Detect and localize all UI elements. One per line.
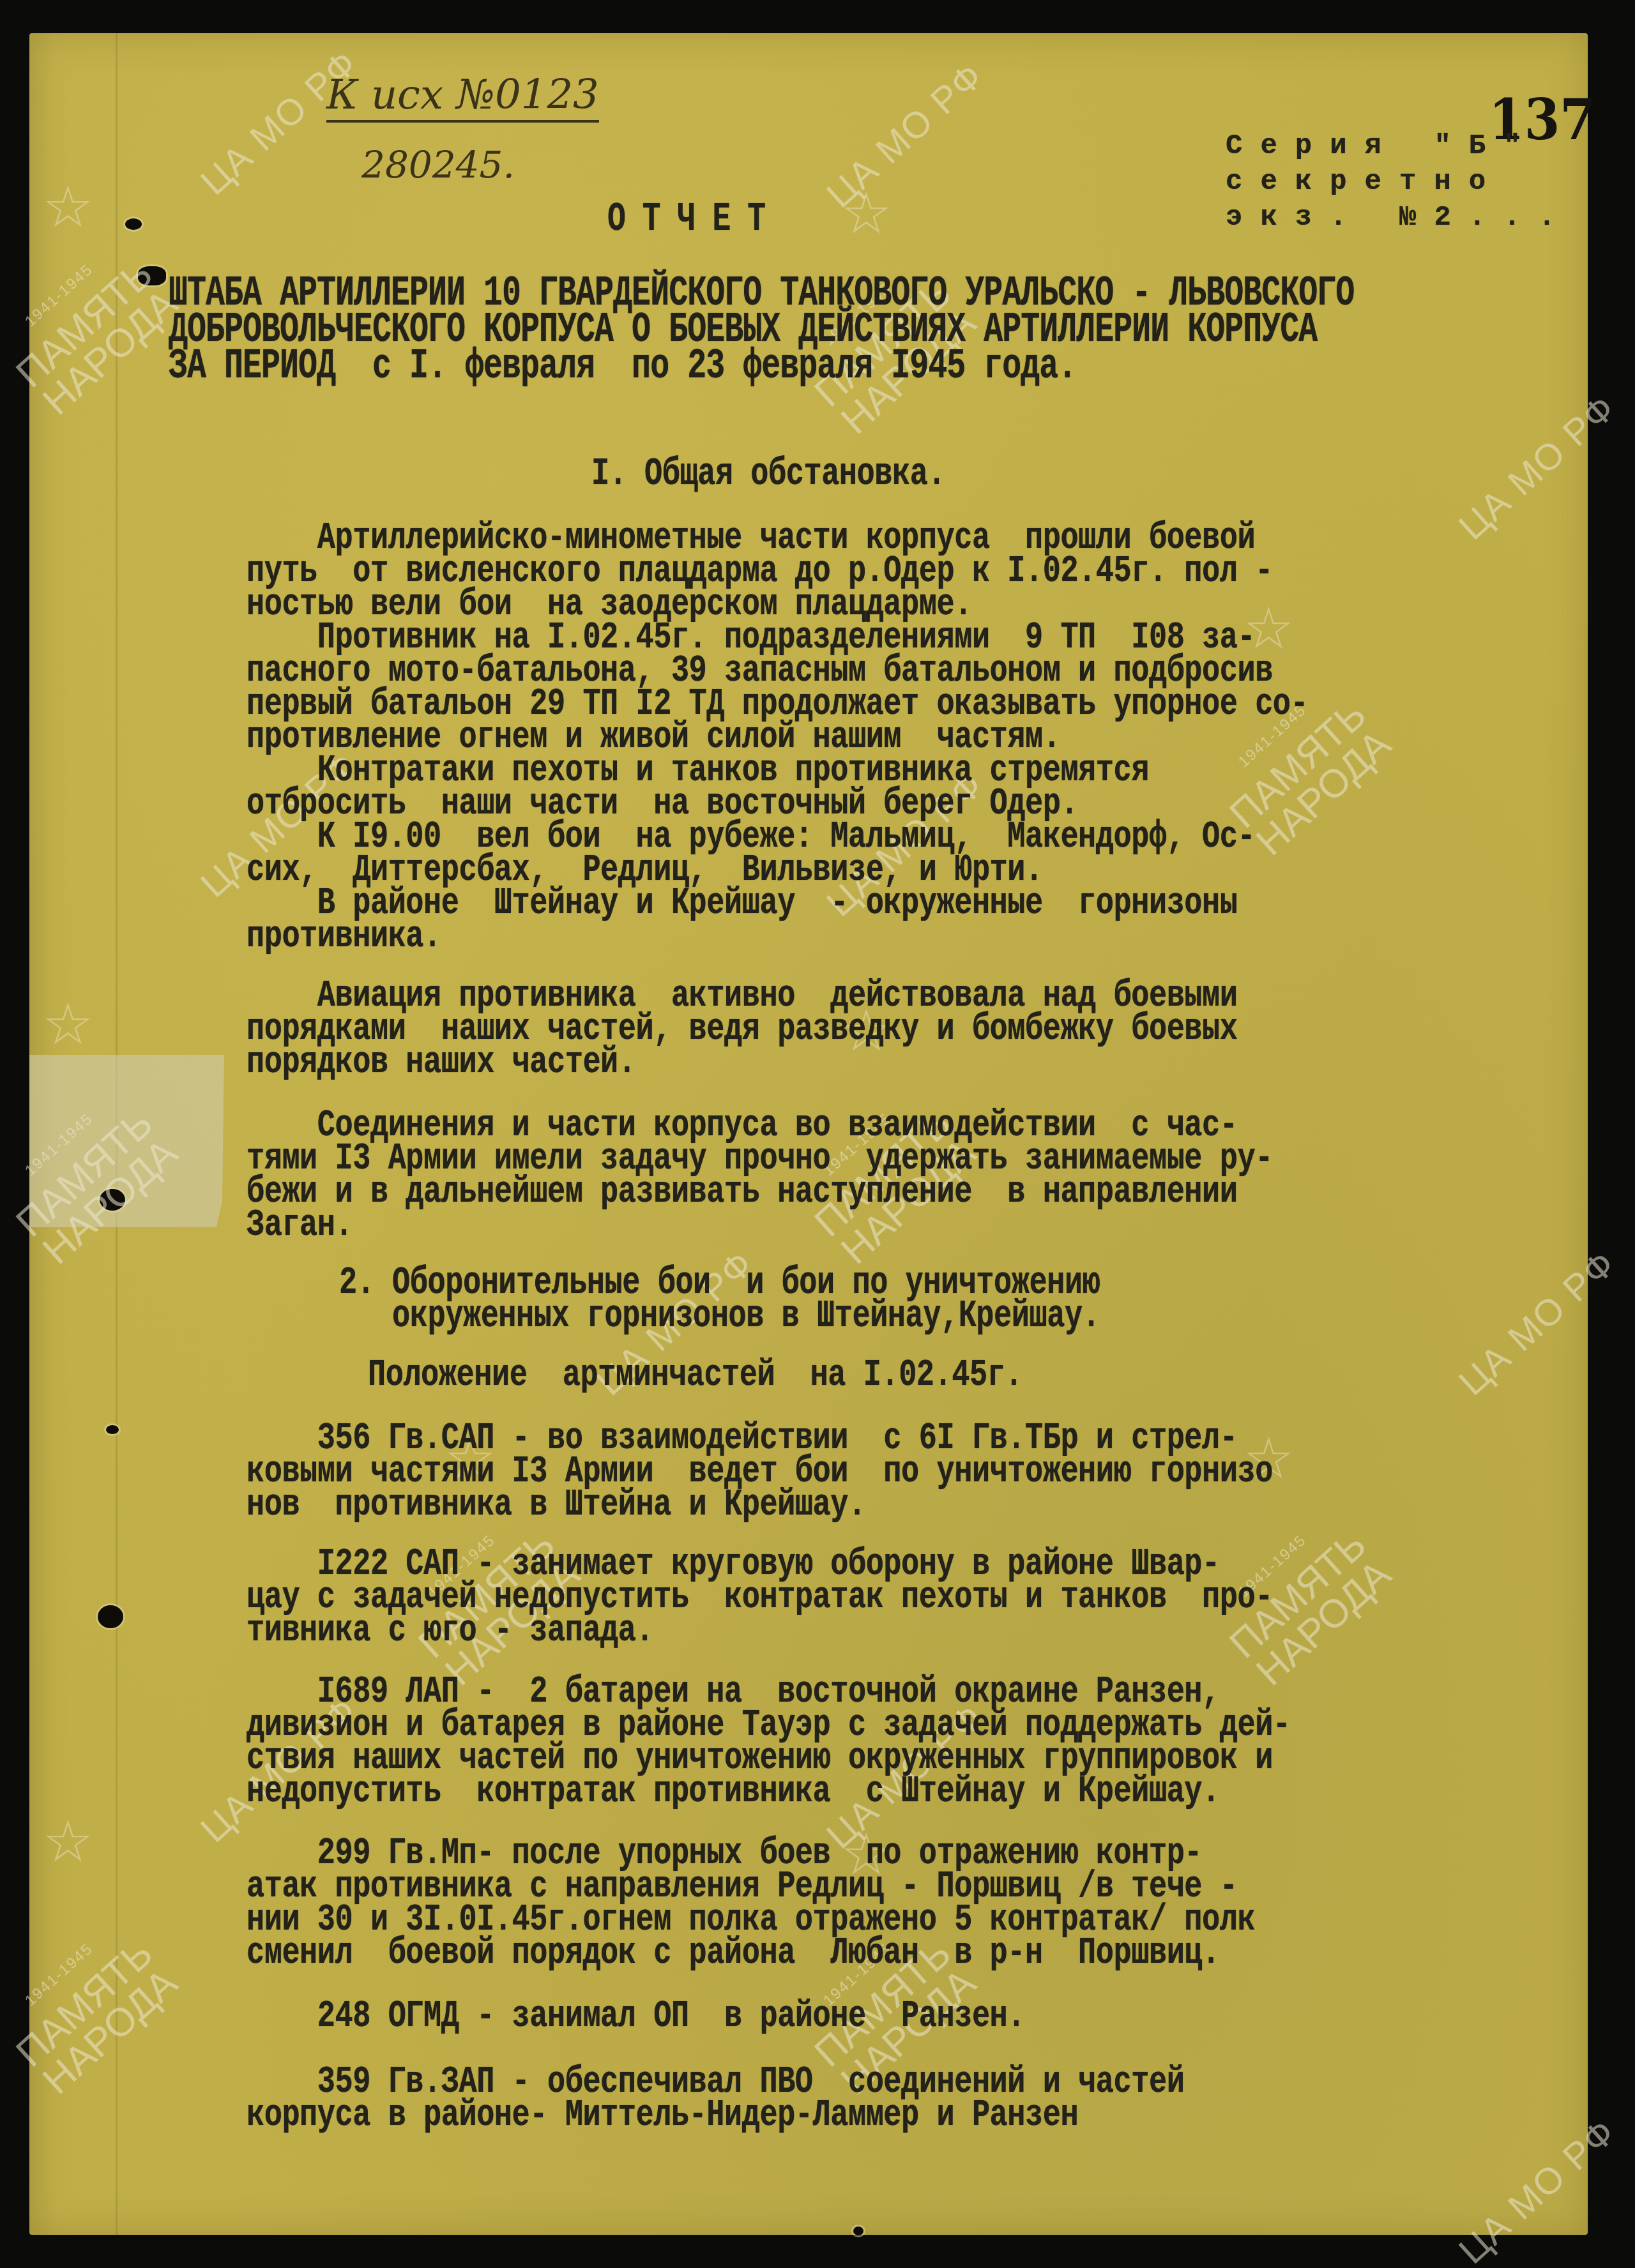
- text-line: Заган.: [247, 1204, 353, 1246]
- text-line: порядков наших частей.: [247, 1041, 636, 1084]
- document-title-line: ЗА ПЕРИОД с I. февраля по 23 февраля I94…: [169, 342, 1076, 391]
- watermark-project-line2: НАРОДА: [34, 1961, 186, 2103]
- document-heading: ОТЧЕТ: [607, 197, 782, 242]
- watermark-project-line2: НАРОДА: [1248, 1552, 1399, 1695]
- text-line: бежи и в дальнейшем развивать наступлени…: [247, 1171, 1237, 1213]
- classification-copy: экз. №2...: [1226, 202, 1573, 234]
- text-line: корпуса в районе- Миттель-Нидер-Ламмер и…: [247, 2094, 1078, 2136]
- section-subheading: Положение артминчастей на I.02.45г.: [368, 1354, 1023, 1396]
- star-icon: ☆: [42, 991, 94, 1058]
- text-line: сменил боевой порядок с района Любан в р…: [247, 1932, 1220, 1974]
- watermark-archive: ЦА МО РФ: [1450, 2110, 1624, 2268]
- binding-hole: [125, 218, 142, 230]
- classification-secrecy: секретно: [1226, 166, 1503, 198]
- watermark-archive: ЦА МО РФ: [1450, 1242, 1624, 1404]
- watermark-project: 1941-1945 ПАМЯТЬ НАРОДА: [0, 226, 185, 423]
- document-page: ЦА МО РФ ЦА МО РФ ЦА МО РФ ЦА МО РФ ЦА М…: [29, 33, 1588, 2235]
- binding-hole: [98, 1605, 123, 1628]
- star-icon: ☆: [840, 180, 892, 247]
- section-heading: I. Общая обстановка.: [591, 453, 945, 497]
- handwritten-date: 280245.: [361, 143, 515, 186]
- watermark-project-line2: НАРОДА: [34, 282, 186, 424]
- text-line: 248 ОГМД - занимал ОП в районе Ранзен.: [247, 1995, 1025, 2037]
- binding-hole: [138, 266, 166, 285]
- binding-hole: [100, 1189, 125, 1211]
- text-line: тивника с юго - запада.: [247, 1610, 653, 1652]
- binding-hole: [853, 2226, 863, 2235]
- classification-series: Серия "Б": [1226, 130, 1539, 162]
- star-icon: ☆: [42, 1808, 94, 1875]
- handwritten-reference: К исх №0123: [326, 72, 599, 123]
- watermark-project-line2: НАРОДА: [1248, 722, 1399, 865]
- watermark-archive: ЦА МО РФ: [1450, 386, 1624, 548]
- watermark-project: 1941-1945 ПАМЯТЬ НАРОДА: [0, 1905, 185, 2102]
- binding-hole: [106, 1425, 119, 1434]
- watermark-years: 1941-1945: [0, 1905, 134, 2045]
- watermark-years: 1941-1945: [0, 226, 134, 366]
- star-icon: ☆: [42, 174, 94, 241]
- text-line: нов противника в Штейна и Крейшау.: [247, 1484, 866, 1526]
- text-line: противника.: [247, 916, 441, 958]
- section-heading: окруженных горнизонов в Штейнау,Крейшау.: [339, 1295, 1100, 1339]
- watermark-project-line1: ПАМЯТЬ: [8, 1932, 161, 2076]
- repair-tape: [29, 1055, 224, 1227]
- text-line: недопустить контратак противника с Штейн…: [247, 1771, 1220, 1813]
